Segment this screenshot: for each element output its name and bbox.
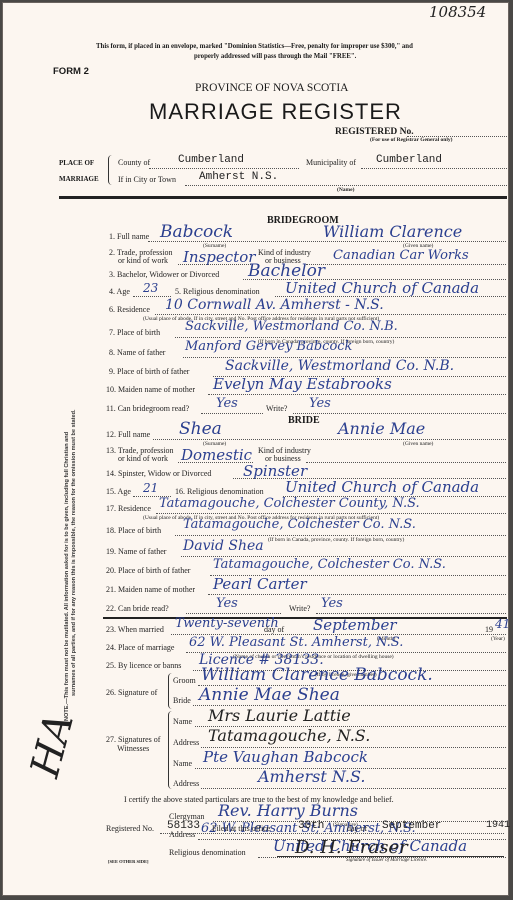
witnesses-label-2: Witnesses [117, 744, 149, 753]
city-label: If in City or Town [118, 175, 176, 184]
city-field-line [185, 185, 507, 186]
filing-day-value: 30th [298, 820, 324, 832]
issuer-signature-line [277, 856, 504, 857]
groom-age-value: 23 [143, 281, 158, 295]
groom-trade-label-2: or kind of work [109, 256, 168, 265]
bride-residence-label: 17. Residence [106, 504, 151, 513]
place-of-marriage-value: 62 W. Pleasant St. Amherst, N.S. [189, 635, 403, 650]
side-note-line1: NOTE.—This form must not be mutilated. A… [64, 432, 70, 721]
witness1-address: Tatamagouche, N.S. [208, 726, 370, 745]
municipality-value: Cumberland [376, 154, 442, 166]
bride-father-label: 19. Name of father [106, 547, 166, 556]
groom-write-value: Yes [309, 396, 331, 411]
bride-age-label: 15. Age [106, 487, 131, 496]
filing-day-of-label: day of [347, 824, 367, 833]
header-divider [59, 196, 507, 199]
marriage-register-form: 108354 This form, if placed in an envelo… [2, 2, 509, 896]
groom-trade-label: 2. Trade, professionor kind of work [109, 249, 173, 265]
registered-no-label: REGISTERED No. [335, 127, 414, 137]
groom-full-name-label: 1. Full name [109, 232, 149, 241]
city-name-note: (Name) [337, 187, 354, 193]
registered-no-note: (For use of Registrar General only) [370, 137, 452, 143]
place-of-marriage-detail-label: 24. Place of marriage [106, 643, 174, 652]
bride-industry-label: Kind of industryor business [258, 447, 311, 463]
signature-of-label: 26. Signature of [106, 688, 157, 697]
bride-signature-label: Bride [173, 696, 191, 705]
bride-section-title: BRIDE [288, 415, 320, 426]
witness2-address-line [201, 788, 506, 789]
document-number: 108354 [429, 3, 486, 21]
bride-read-value: Yes [216, 596, 238, 611]
filing-registered-label: Registered No. [106, 824, 154, 833]
groom-age-label: 4. Age [109, 287, 130, 296]
filing-year-value: 41 [498, 820, 510, 831]
bride-birthplace-note: (If born in Canada, province, county. If… [268, 537, 404, 543]
filing-filed-label: Filed at this office [212, 824, 270, 833]
county-value: Cumberland [178, 154, 244, 166]
city-value: Amherst N.S. [199, 171, 278, 183]
groom-given-name: William Clarence [323, 222, 462, 241]
place-brace [108, 155, 113, 185]
bride-birthplace-label: 18. Place of birth [106, 526, 161, 535]
groom-read-label: 11. Can bridegroom read? [106, 404, 189, 413]
witness2-name-label: Name [173, 759, 192, 768]
bride-write-label: Write? [289, 604, 310, 613]
county-field-line [149, 168, 299, 169]
see-other-side-note: [SEE OTHER SIDE] [108, 859, 149, 864]
filing-line [160, 833, 504, 834]
groom-mother-value: Evelyn May Estabrooks [213, 375, 392, 393]
clergyman-religion-label: Religious denomination [169, 848, 246, 857]
issuer-note: Signature of Issuer of Marriage Licence. [346, 858, 427, 863]
groom-status-label: 3. Bachelor, Widower or Divorced [109, 270, 219, 279]
place-of-marriage-label-1: PLACE OF [59, 159, 94, 167]
groom-residence-line [155, 314, 506, 315]
groom-mother-line [208, 394, 506, 395]
side-note: NOTE.—This form must not be mutilated. A… [64, 409, 78, 721]
bride-name-line [153, 439, 506, 440]
bride-father-birthplace-label: 20. Place of birth of father [106, 566, 190, 575]
groom-birthplace-label: 7. Place of birth [109, 328, 160, 337]
bride-write-value: Yes [321, 596, 343, 611]
witness1-address-label: Address [173, 738, 199, 747]
county-label: County of [118, 158, 150, 167]
municipality-field-line [361, 168, 507, 169]
bride-divider [103, 617, 507, 619]
groom-write-line [293, 413, 506, 414]
witness2-name: Pte Vaughan Babcock [203, 748, 368, 766]
licence-label: 25. By licence or banns [106, 661, 181, 670]
when-married-label: 23. When married [106, 625, 164, 634]
filing-year-prefix: 19 [486, 820, 498, 831]
filing-registered-value: 58133 [167, 820, 200, 832]
groom-write-label: Write? [266, 404, 287, 413]
groom-surname: Babcock [160, 222, 233, 242]
marriage-month-value: September [313, 616, 397, 634]
bride-surname: Shea [179, 419, 222, 439]
groom-status-value: Bachelor [248, 261, 325, 281]
bride-signature: Annie Mae Shea [199, 685, 340, 705]
groom-father-birthplace-label: 9. Place of birth of father [109, 367, 189, 376]
bride-trade-value: Domestic [181, 446, 252, 464]
witness1-name: Mrs Laurie Lattie [208, 706, 351, 725]
issuer-signature: D. H. Fraser [295, 837, 408, 858]
bride-given-name: Annie Mae [338, 419, 425, 438]
witnesses-label: 27. Signatures ofWitnesses [106, 735, 160, 753]
groom-mother-label: 10. Maiden name of mother [106, 385, 195, 394]
marriage-day-of-label: day of [264, 625, 284, 634]
groom-industry-value: Canadian Car Works [333, 248, 469, 263]
postal-notice-line1: This form, if placed in an envelope, mar… [96, 43, 413, 50]
bride-mother-label: 21. Maiden name of mother [106, 585, 195, 594]
groom-father-value: Manford Gervey Babcock [185, 339, 352, 354]
postal-notice-line2: properly addressed will pass through the… [194, 53, 356, 60]
witness1-name-label: Name [173, 717, 192, 726]
bride-birthplace-value: Tatamagouche, Colchester Co. N.S. [183, 517, 416, 532]
groom-read-line [201, 413, 263, 414]
municipality-label: Municipality of [306, 158, 356, 167]
bride-residence-line [156, 513, 506, 514]
bride-father-value: David Shea [183, 538, 264, 554]
bride-trade-label-2: or kind of work [106, 454, 168, 463]
form-label: FORM 2 [53, 66, 89, 77]
bride-mother-line [208, 594, 506, 595]
groom-read-value: Yes [216, 396, 238, 411]
side-note-line2: surnames of all parties, and if for any … [71, 409, 77, 721]
groom-signature-label: Groom [173, 676, 196, 685]
bride-birthplace-line [175, 535, 506, 536]
groom-father-birthplace-value: Sackville, Westmorland Co. N.B. [225, 358, 454, 374]
bride-write-line [316, 613, 506, 614]
bride-trade-label: 13. Trade, professionor kind of work [106, 447, 174, 463]
groom-trade-value: Inspector [183, 248, 255, 266]
clergyman-value: Rev. Harry Burns [218, 801, 358, 820]
witnesses-label-1: 27. Signatures of [106, 735, 160, 744]
bride-father-birthplace-value: Tatamagouche, Colchester Co. N.S. [213, 557, 446, 572]
marriage-year-note: (Year) [491, 636, 505, 642]
bride-mother-value: Pearl Carter [213, 575, 307, 593]
filing-month-value: September [382, 820, 441, 832]
groom-residence-label: 6. Residence [109, 305, 150, 314]
groom-religion-value: United Church of Canada [285, 279, 479, 297]
bride-status-label: 14. Spinster, Widow or Divorced [106, 469, 211, 478]
place-of-marriage-label-2: MARRIAGE [59, 175, 99, 183]
groom-signature: William Clarence Babcock. [201, 665, 433, 685]
province-title: PROVINCE OF NOVA SCOTIA [195, 82, 348, 94]
groom-birthplace-value: Sackville, Westmorland Co. N.B. [185, 319, 398, 334]
page-title: MARRIAGE REGISTER [149, 99, 402, 125]
bride-given-note: (Given name) [403, 441, 433, 447]
bride-residence-value: Tatamagouche, Colchester County, N.S. [159, 496, 420, 511]
marriage-year-value: 41 [495, 617, 510, 631]
bride-religion-value: United Church of Canada [285, 478, 479, 496]
groom-father-label: 8. Name of father [109, 348, 165, 357]
witness2-address-label: Address [173, 779, 199, 788]
groom-religion-label: 5. Religious denomination [175, 287, 260, 296]
witness2-address: Amherst N.S. [258, 767, 365, 786]
groom-residence-value: 10 Cornwall Av. Amherst - N.S. [165, 297, 384, 313]
bride-read-line [186, 613, 281, 614]
marriage-year-prefix: 19 [485, 625, 493, 634]
bride-full-name-label: 12. Full name [106, 430, 150, 439]
groom-birthplace-line [175, 337, 506, 338]
bride-industry-line [306, 462, 506, 463]
filing-year: 1941 [486, 820, 510, 831]
groom-industry-line [306, 264, 506, 265]
bride-read-label: 22. Can bride read? [106, 604, 169, 613]
bride-religion-label: 16. Religious denomination [175, 487, 264, 496]
bride-age-value: 21 [143, 481, 158, 495]
